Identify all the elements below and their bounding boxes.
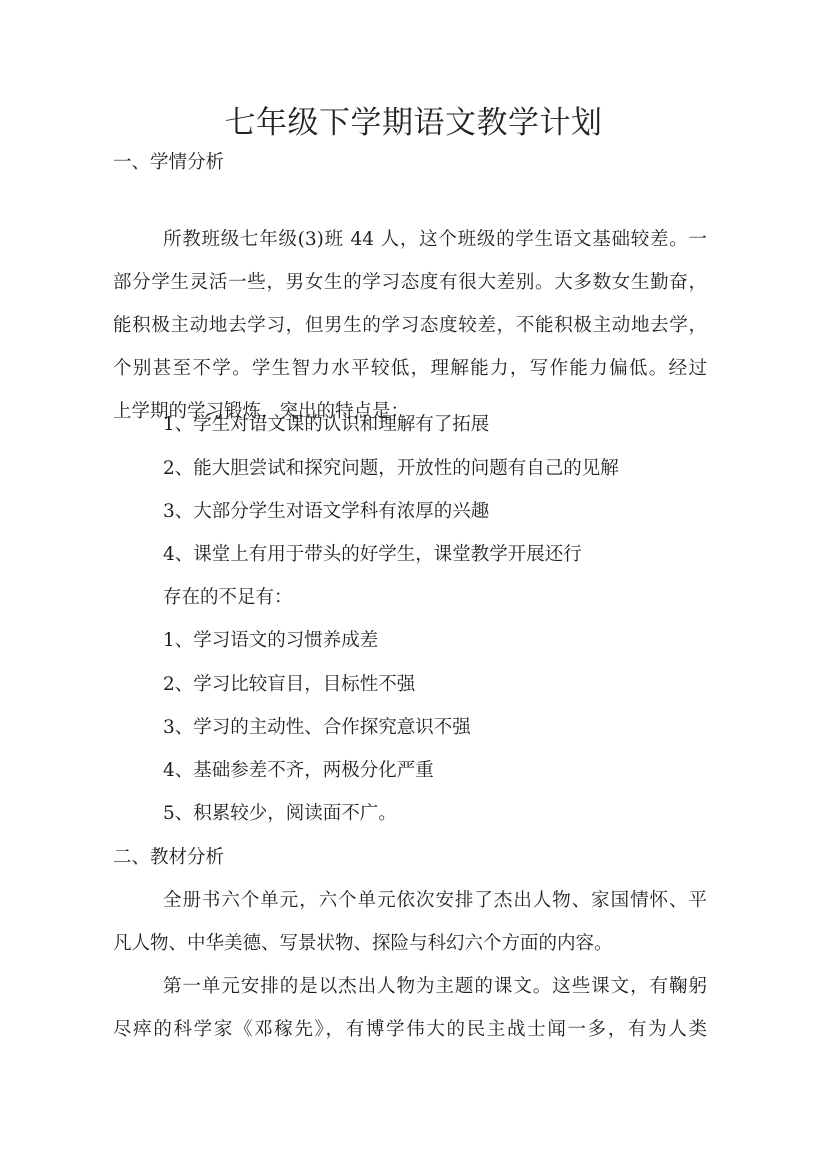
- paragraph-line: 个别甚至不学。学生智力水平较低，理解能力，写作能力偏低。经过: [113, 357, 707, 381]
- weakness-item: 2、学习比较盲目，目标性不强: [163, 673, 707, 697]
- strength-item: 1、学生对语文课的认识和理解有了拓展: [163, 413, 707, 437]
- weakness-item: 5、积累较少，阅读面不广。: [163, 802, 707, 826]
- weakness-item: 3、学习的主动性、合作探究意识不强: [163, 716, 707, 740]
- strength-item: 3、大部分学生对语文学科有浓厚的兴趣: [163, 500, 707, 524]
- paragraph-line: 所教班级七年级(3)班 44 人，这个班级的学生语文基础较差。一: [163, 228, 707, 252]
- paragraph-line: 第一单元安排的是以杰出人物为主题的课文。这些课文，有鞠躬: [163, 975, 707, 999]
- weakness-intro: 存在的不足有：: [163, 586, 707, 610]
- paragraph-line: 部分学生灵活一些，男女生的学习态度有很大差别。大多数女生勤奋，: [113, 271, 707, 295]
- weakness-item: 4、基础参差不齐，两极分化严重: [163, 759, 707, 783]
- document-title: 七年级下学期语文教学计划: [0, 103, 827, 143]
- paragraph-line: 凡人物、中华美德、写景状物、探险与科幻六个方面的内容。: [113, 932, 707, 956]
- document-page: 七年级下学期语文教学计划 一、学情分析 所教班级七年级(3)班 44 人，这个班…: [0, 0, 827, 1169]
- paragraph-line: 全册书六个单元，六个单元依次安排了杰出人物、家国情怀、平: [163, 889, 707, 913]
- section-heading-textbook-analysis: 二、教材分析: [113, 846, 707, 870]
- strength-item: 2、能大胆尝试和探究问题，开放性的问题有自己的见解: [163, 457, 707, 481]
- strength-item: 4、课堂上有用于带头的好学生，课堂教学开展还行: [163, 543, 707, 567]
- section-heading-student-analysis: 一、学情分析: [113, 151, 707, 175]
- paragraph-line: 能积极主动地去学习，但男生的学习态度较差，不能积极主动地去学，: [113, 314, 707, 338]
- paragraph-line: 尽瘁的科学家《邓稼先》，有博学伟大的民主战士闻一多，有为人类: [113, 1018, 707, 1042]
- weakness-item: 1、学习语文的习惯养成差: [163, 629, 707, 653]
